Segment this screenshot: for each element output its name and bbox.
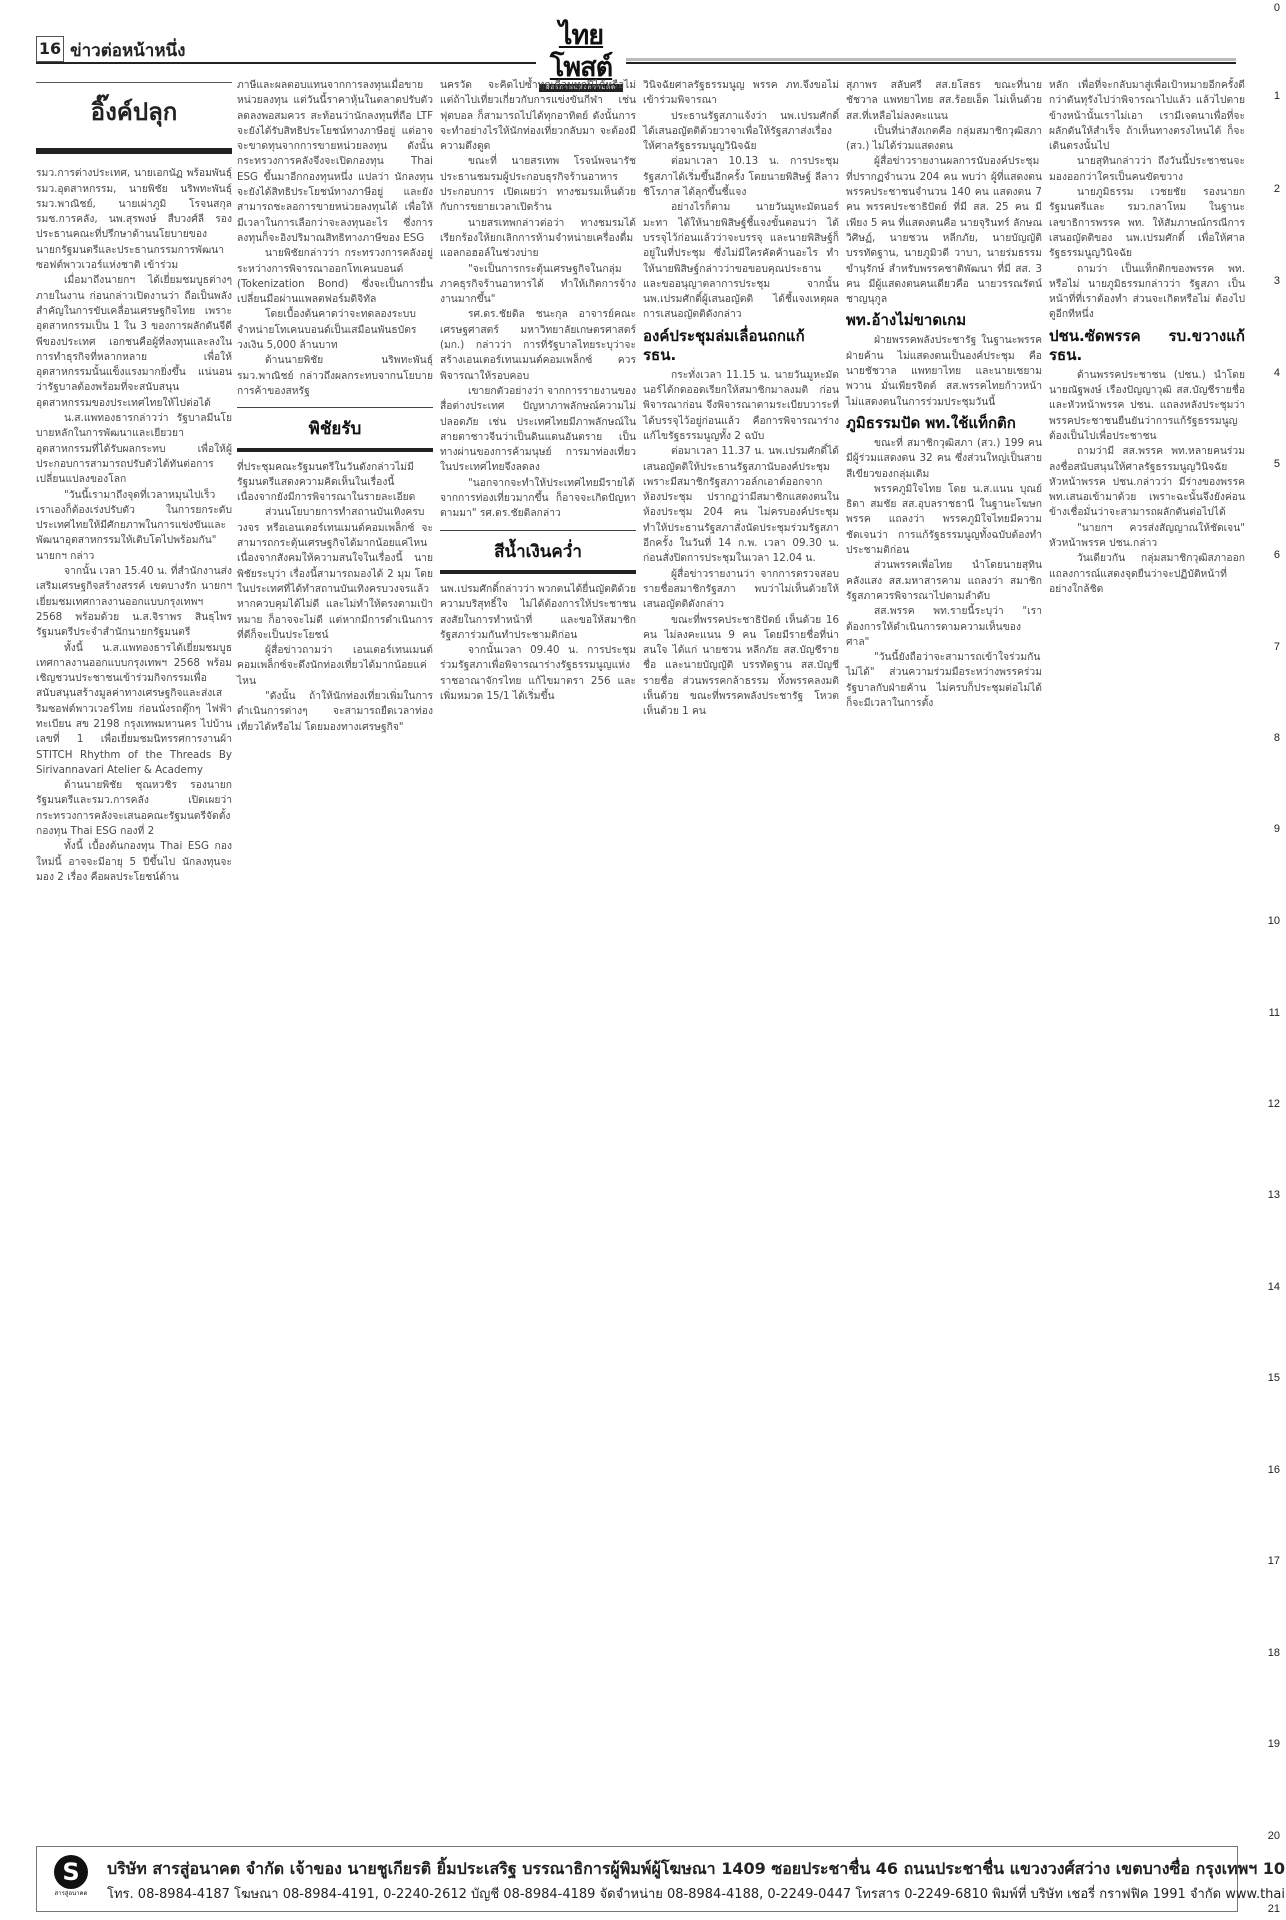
paragraph: นครวัด จะคิดไปซ้ำทุกเดือนทุกปีได้หรือไม่…: [440, 78, 636, 154]
paragraph: ต่อมาเวลา 11.37 น. นพ.เปรมศักดิ์ได้เสนอญ…: [643, 444, 839, 566]
paragraph: ฝ่ายพรรคพลังประชารัฐ ในฐานะพรรคฝ่ายค้าน …: [846, 333, 1042, 409]
paragraph: ด้านนายพิชัย นริพทะพันธุ์ รมว.พาณิชย์ กล…: [237, 353, 433, 399]
column-3: นครวัด จะคิดไปซ้ำทุกเดือนทุกปีได้หรือไม่…: [440, 78, 636, 704]
ruler-mark: 13: [1268, 1189, 1280, 1201]
ruler-mark: 17: [1268, 1555, 1280, 1567]
paragraph: อย่างไรก็ตาม นายวันมูหะมัดนอร์ มะทา ได้ใ…: [643, 200, 839, 322]
paragraph: ที่ประชุมคณะรัฐมนตรีในวันดังกล่าวไม่มีรั…: [237, 460, 433, 506]
paragraph: สุภาพร สลับศรี สส.ยโสธร ขณะที่นายชัชวาล …: [846, 78, 1042, 124]
section-title: ข่าวต่อหน้าหนึ่ง: [70, 37, 185, 64]
paragraph: "ดังนั้น ถ้าให้นักท่องเที่ยวเพิ่มในการดำ…: [237, 689, 433, 735]
paragraph: วินิจฉัยศาลรัฐธรรมนูญ พรรค ภท.จึงขอไม่เข…: [643, 78, 839, 109]
contact-line: โทร. 08-8984-4187 โฆษณา 08-8984-4191, 0-…: [107, 1883, 1286, 1904]
paragraph: ขณะที่ สมาชิกวุฒิสภา (สว.) 199 คน มีผู้ร…: [846, 436, 1042, 482]
paragraph: รมว.การต่างประเทศ, นายเอกนัฏ พร้อมพันธุ์…: [36, 166, 232, 273]
paragraph: นายพิชัยกล่าวว่า กระทรวงการคลังอยู่ระหว่…: [237, 246, 433, 307]
paragraph: พรรคภูมิใจไทย โดย น.ส.แนน บุณย์ธิดา สมชั…: [846, 482, 1042, 558]
ruler-mark: 19: [1268, 1738, 1280, 1750]
paragraph: ส่วนพรรคเพื่อไทย นำโดยนายสุทิน คลังแสง ส…: [846, 558, 1042, 604]
ruler-mark: 7: [1274, 641, 1280, 653]
paragraph: จากนั้น เวลา 15.40 น. ที่สำนักงานส่งเสริ…: [36, 564, 232, 640]
ruler-mark: 1: [1274, 90, 1280, 102]
paragraph: ส่วนนโยบายการทำสถานบันเทิงครบวงจร หรือเอ…: [237, 505, 433, 643]
paragraph: "นอกจากจะทำให้ประเทศไทยมีรายได้จากการท่อ…: [440, 476, 636, 522]
paragraph: นายสุทินกล่าวว่า ถึงวันนี้ประชาชนจะมองออ…: [1049, 154, 1245, 185]
publisher-logo: S สารสู่อนาคต: [51, 1855, 91, 1903]
column-title: อิ๊งค์ปลุก: [36, 82, 232, 154]
paragraph: ถามว่ามี สส.พรรค พท.หลายคนร่วมลงชื่อสนับ…: [1049, 444, 1245, 520]
logo-caption: สารสู่อนาคต: [51, 1889, 91, 1899]
ruler-mark: 0: [1274, 2, 1280, 14]
paragraph: ผู้สื่อข่าวรายงานว่า จากการตรวจสอบรายชื่…: [643, 567, 839, 613]
newspaper-page: 16 ข่าวต่อหน้าหนึ่ง ไทยโพสต์ อิสรภาพแห่ง…: [0, 0, 1240, 1920]
paragraph: "จะเป็นการกระตุ้นเศรษฐกิจในกลุ่มภาคธุรกิ…: [440, 262, 636, 308]
subheading: องค์ประชุมล่มเลื่อนถกแก้ รธน.: [643, 327, 839, 365]
logo-s-icon: S: [54, 1855, 88, 1889]
paragraph: น.ส.แพทองธารกล่าวว่า รัฐบาลมีนโยบายหลักใ…: [36, 411, 232, 487]
publisher-footer: S สารสู่อนาคต บริษัท สารสู่อนาคต จำกัด เ…: [36, 1846, 1238, 1912]
masthead-name: ไทยโพสต์: [536, 20, 626, 84]
paragraph: ผู้สื่อข่าวรายงานผลการนับองค์ประชุมที่ปร…: [846, 154, 1042, 307]
paragraph: "นายกฯ ควรส่งสัญญาณให้ชัดเจน" หัวหน้าพรร…: [1049, 521, 1245, 552]
column-6: หลัก เพื่อที่จะกลับมาสู่เพื่อเป้าหมายอีก…: [1049, 78, 1245, 597]
subheading: ภูมิธรรมปัด พท.ใช้แท็กติก: [846, 414, 1042, 433]
ruler-mark: 3: [1274, 275, 1280, 287]
column-4: วินิจฉัยศาลรัฐธรรมนูญ พรรค ภท.จึงขอไม่เข…: [643, 78, 839, 720]
paragraph: เมื่อมาถึงนายกฯ ได้เยี่ยมชมบูธต่างๆ ภายใ…: [36, 273, 232, 411]
subheading: พท.อ้างไม่ขาดเกม: [846, 311, 1042, 330]
ruler-mark: 11: [1269, 1007, 1280, 1019]
paragraph: นายสรเทพกล่าวต่อว่า ทางชมรมได้เรียกร้องใ…: [440, 216, 636, 262]
paragraph: เป็นที่น่าสังเกตคือ กลุ่มสมาชิกวุฒิสภา (…: [846, 124, 1042, 155]
ruler-mark: 14: [1268, 1281, 1280, 1293]
paragraph: ด้านนายพิชัย ชุณหวชิร รองนายกรัฐมนตรีและ…: [36, 778, 232, 839]
column-1: อิ๊งค์ปลุก รมว.การต่างประเทศ, นายเอกนัฏ …: [36, 78, 232, 885]
ruler-mark: 15: [1268, 1372, 1280, 1384]
paragraph: สส.พรรค พท.รายนี้ระบุว่า "เราต้องการให้ด…: [846, 604, 1042, 650]
paragraph: รศ.ดร.ชัยดิล ชนะกุล อาจารย์คณะเศรษฐศาสตร…: [440, 307, 636, 383]
page-header: 16 ข่าวต่อหน้าหนึ่ง ไทยโพสต์ อิสรภาพแห่ง…: [36, 20, 1236, 62]
ruler-mark: 8: [1274, 732, 1280, 744]
column-5: สุภาพร สลับศรี สส.ยโสธร ขณะที่นายชัชวาล …: [846, 78, 1042, 711]
ruler-mark: 20: [1268, 1830, 1280, 1842]
paragraph: ถามว่า เป็นแท็กติกของพรรค พท. หรือไม่ นา…: [1049, 262, 1245, 323]
ruler-mark: 4: [1274, 367, 1280, 379]
ruler-mark: 2: [1274, 183, 1280, 195]
story-heading: สีน้ำเงินคว่ำ: [440, 530, 636, 574]
ruler-mark: 21: [1268, 1903, 1280, 1915]
column-2: ภาษีและผลตอบแทนจากการลงทุนเมื่อขายหน่วยล…: [237, 78, 433, 735]
ruler-mark: 12: [1268, 1098, 1280, 1110]
paragraph: นพ.เปรมศักดิ์กล่าวว่า พวกตนได้ยื่นญัตติด…: [440, 582, 636, 643]
paragraph: โดยเบื้องต้นคาดว่าจะทดลองระบบจำหน่ายโทเค…: [237, 307, 433, 353]
paragraph: ต่อมาเวลา 10.13 น. การประชุมรัฐสภาได้เริ…: [643, 154, 839, 200]
page-number: 16: [36, 36, 64, 62]
paragraph: กระทั่งเวลา 11.15 น. นายวันมูหะมัดนอร์ได…: [643, 368, 839, 444]
paragraph: ภาษีและผลตอบแทนจากการลงทุนเมื่อขายหน่วยล…: [237, 78, 433, 246]
paragraph: "วันนี้ยังถือว่าจะสามารถเข้าใจร่วมกันไม่…: [846, 650, 1042, 711]
subheading: ปชน.ซัดพรรค รบ.ขวางแก้ รธน.: [1049, 327, 1245, 365]
masthead-logo: ไทยโพสต์ อิสรภาพแห่งความคิด: [536, 20, 626, 64]
ruler-mark: 9: [1274, 823, 1280, 835]
paragraph: หลัก เพื่อที่จะกลับมาสู่เพื่อเป้าหมายอีก…: [1049, 78, 1245, 154]
ruler-mark: 5: [1274, 458, 1280, 470]
ruler-mark: 10: [1268, 915, 1280, 927]
paragraph: ขณะที่พรรคประชาธิปัตย์ เห็นด้วย 16 คน ไม…: [643, 613, 839, 720]
paragraph: นายภูมิธรรม เวชยชัย รองนายกรัฐมนตรีและ ร…: [1049, 185, 1245, 261]
paragraph: จากนั้นเวลา 09.40 น. การประชุมร่วมรัฐสภา…: [440, 643, 636, 704]
ruler-mark: 16: [1268, 1464, 1280, 1476]
ruler-mark: 6: [1274, 549, 1280, 561]
paragraph: "วันนี้เรามาถึงจุดที่เวลาหมุนไปเร็ว เราเ…: [36, 488, 232, 564]
header-gray-rule: [546, 58, 1236, 61]
paragraph: ทั้งนี้ เบื้องต้นกองทุน Thai ESG กองใหม่…: [36, 839, 232, 885]
paragraph: ผู้สื่อข่าวถามว่า เอนเตอร์เทนเมนต์คอมเพล…: [237, 643, 433, 689]
paragraph: เขายกตัวอย่างว่า จากการรายงานของสื่อต่าง…: [440, 384, 636, 476]
ruler-mark: 18: [1268, 1647, 1280, 1659]
paragraph: ขณะที่ นายสรเทพ โรจน์พจนารัช ประธานชมรมผ…: [440, 154, 636, 215]
paragraph: ด้านพรรคประชาชน (ปชน.) นำโดยนายณัฐพงษ์ เ…: [1049, 368, 1245, 444]
header-rule: [36, 62, 1236, 64]
scan-ruler: 0 1 2 3 4 5 6 7 8 9 10 11 12 13 14 15 16…: [1256, 0, 1286, 1920]
publisher-line: บริษัท สารสู่อนาคต จำกัด เจ้าของ นายชูเก…: [107, 1857, 1286, 1882]
paragraph: วันเดียวกัน กลุ่มสมาชิกวุฒิสภาออกแถลงการ…: [1049, 551, 1245, 597]
paragraph: ประธานรัฐสภาแจ้งว่า นพ.เปรมศักดิ์ได้เสนอ…: [643, 109, 839, 155]
story-heading: พิชัยรับ: [237, 407, 433, 451]
paragraph: ทั้งนี้ น.ส.แพทองธารได้เยี่ยมชมบูธเทศกาล…: [36, 641, 232, 779]
